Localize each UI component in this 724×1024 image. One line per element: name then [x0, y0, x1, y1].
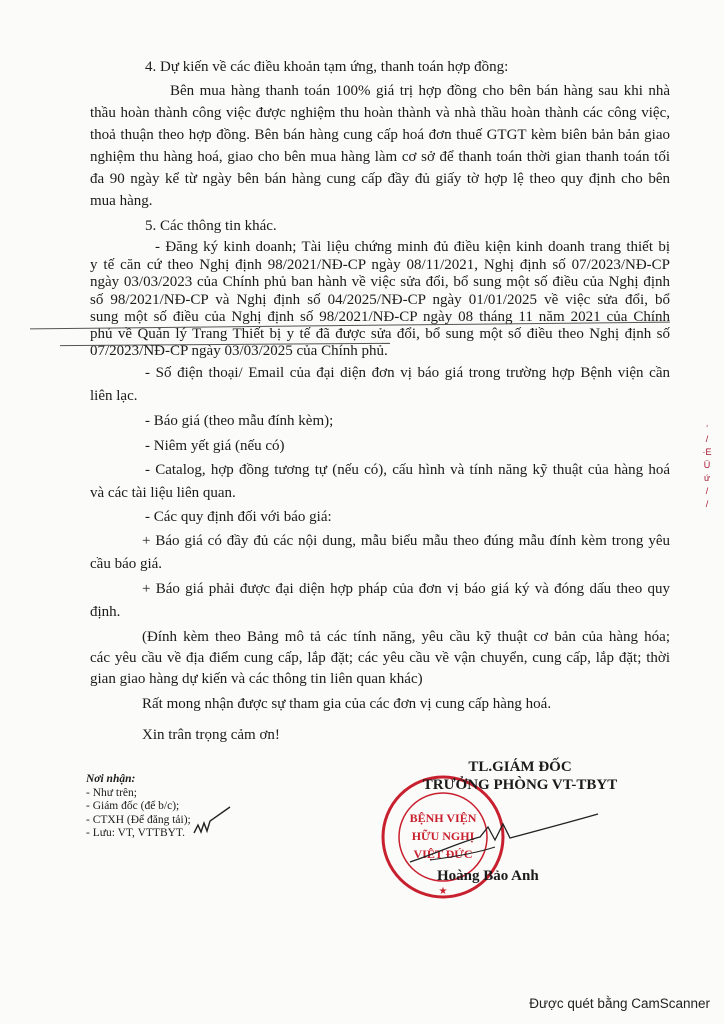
- section-5-heading: 5. Các thông tin khác.: [145, 217, 724, 235]
- scanned-document-page: 4. Dự kiến về các điều khoản tạm ứng, th…: [0, 0, 724, 1024]
- paragraph-line: - Số điện thoại/ Email của đại diện đơn …: [145, 364, 670, 382]
- signature-block: TL.GIÁM ĐỐC TRƯỞNG PHÒNG VT-TBYT: [390, 758, 650, 794]
- paragraph-line: gian giao hàng dự kiến và các thông tin …: [90, 670, 670, 688]
- paragraph-line: cầu báo giá.: [90, 555, 670, 573]
- paragraph-line: và các tài liệu liên quan.: [90, 484, 670, 502]
- margin-stamp-marks: ۥ/·EÜứ//: [700, 420, 714, 511]
- recipient-item: - Lưu: VT, VTTBYT.: [86, 827, 191, 841]
- paragraph-line: các yêu cầu về địa điểm cung cấp, lắp đặ…: [90, 649, 670, 667]
- recipients-title: Nơi nhận:: [86, 773, 191, 787]
- camscanner-watermark: Được quét bằng CamScanner: [529, 996, 710, 1011]
- paragraph-line: ngày 03/03/2023 của Chính phủ ban hành v…: [90, 273, 670, 291]
- handwritten-signature-icon: [400, 812, 600, 872]
- paragraph-line: - Các quy định đối với báo giá:: [145, 508, 724, 526]
- paragraph-line: định.: [90, 603, 670, 621]
- paragraph-line: liên lạc.: [90, 387, 670, 405]
- paragraph-line: Bên mua hàng thanh toán 100% giá trị hợp…: [170, 82, 670, 100]
- recipient-item: - Giám đốc (để b/c);: [86, 800, 191, 814]
- recipient-item: - Như trên;: [86, 787, 191, 801]
- thanks-line: Xin trân trọng cảm ơn!: [142, 726, 722, 744]
- recipients-block: Nơi nhận: - Như trên; - Giám đốc (để b/c…: [86, 773, 191, 841]
- recipient-item: - CTXH (Để đăng tải);: [86, 814, 191, 828]
- signer-name: Hoàng Bảo Anh: [437, 868, 539, 885]
- paragraph-line: y tế căn cứ theo Nghị định 98/2021/NĐ-CP…: [90, 256, 670, 274]
- paragraph-line: - Catalog, hợp đồng tương tự (nếu có), c…: [145, 461, 670, 479]
- initials-scribble-icon: [192, 805, 232, 837]
- signature-title: TL.GIÁM ĐỐC: [390, 758, 650, 776]
- paragraph-line: thầu hoàn thành công việc được nghiệm th…: [90, 104, 670, 122]
- paragraph-line: nghiệm thu hàng hoá, giao cho bên mua hà…: [90, 148, 670, 166]
- paragraph-line: - Niêm yết giá (nếu có): [145, 437, 724, 455]
- paragraph-line: (Đính kèm theo Bảng mô tả các tính năng,…: [142, 628, 670, 646]
- closing-line: Rất mong nhận được sự tham gia của các đ…: [142, 695, 722, 713]
- paragraph-line: + Báo giá có đầy đủ các nội dung, mẫu bi…: [142, 532, 670, 550]
- paragraph-line: + Báo giá phải được đại diện hợp pháp củ…: [142, 580, 670, 598]
- paragraph-line: - Báo giá (theo mẫu đính kèm);: [145, 412, 724, 430]
- paragraph-line: đa 90 ngày kể từ ngày bên bán hàng cung …: [90, 170, 670, 188]
- paragraph-line: mua hàng.: [90, 192, 670, 210]
- paragraph-line: - Đăng ký kinh doanh; Tài liệu chứng min…: [155, 238, 670, 256]
- paragraph-line: số 98/2021/NĐ-CP và Nghị định số 04/2025…: [90, 291, 670, 309]
- section-4-heading: 4. Dự kiến về các điều khoản tạm ứng, th…: [145, 58, 724, 76]
- svg-text:★: ★: [439, 886, 448, 897]
- paragraph-line: thoả thuận theo hợp đồng. Bên bán hàng c…: [90, 126, 670, 144]
- signature-position: TRƯỞNG PHÒNG VT-TBYT: [390, 776, 650, 794]
